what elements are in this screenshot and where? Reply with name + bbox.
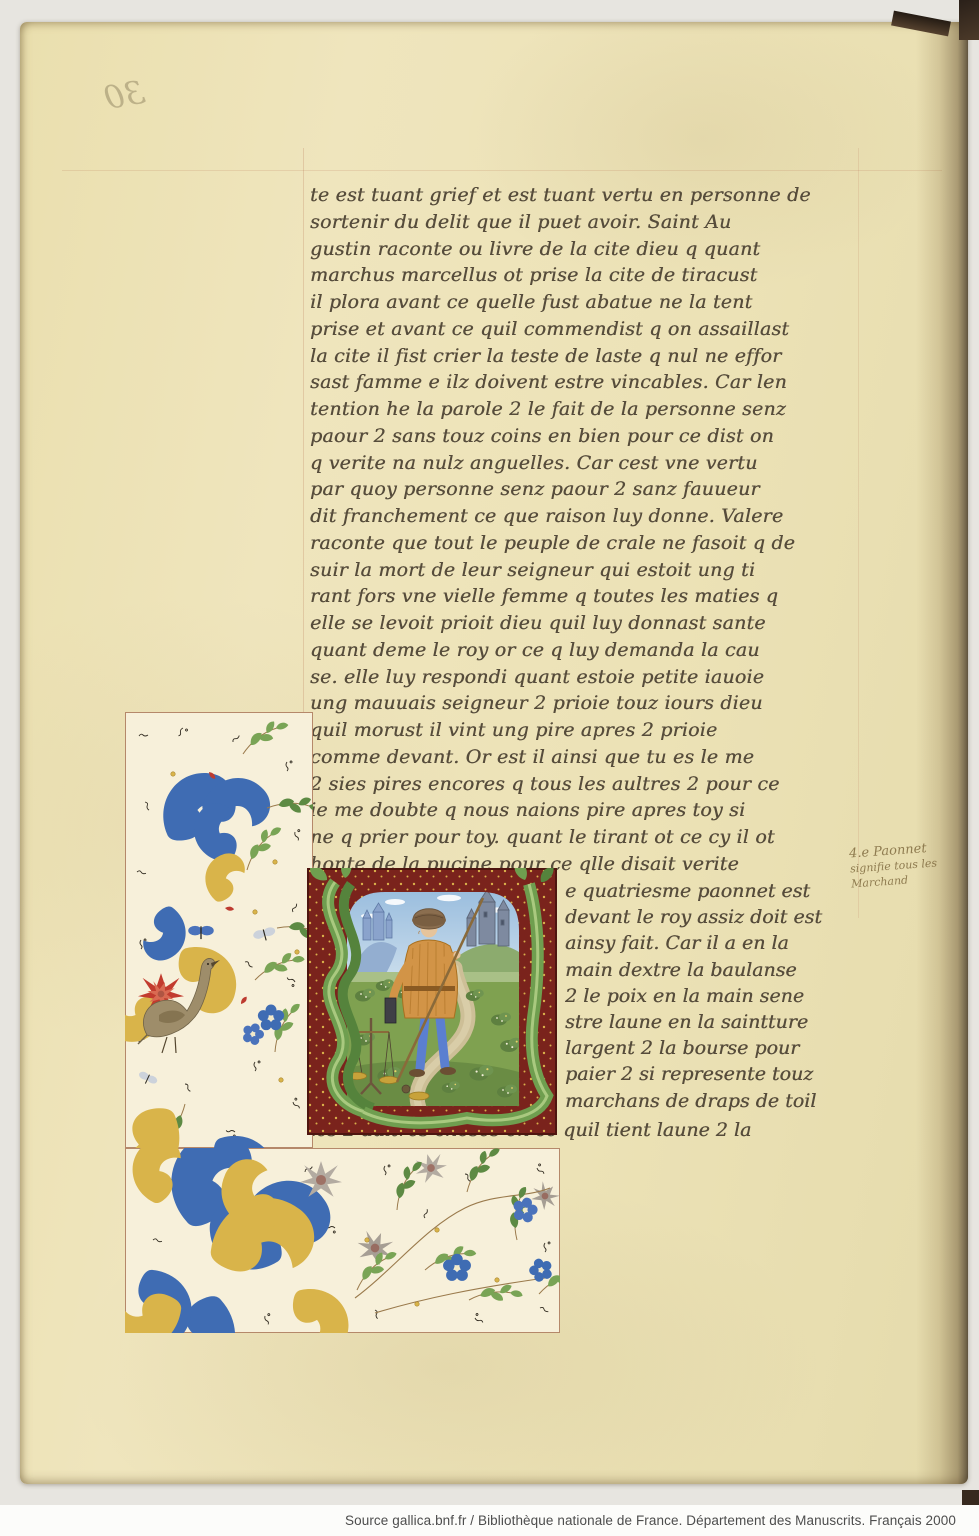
manuscript-line: tention he la parole 2 le fait de la per… bbox=[310, 396, 870, 423]
manuscript-line: il plora avant ce quelle fust abatue ne … bbox=[310, 289, 870, 316]
manuscript-line: quant deme le roy or ce q luy demanda la… bbox=[310, 637, 870, 664]
manuscript-line: paier 2 si represente touz bbox=[565, 1061, 887, 1087]
manuscript-text-right-column: e quatriesme paonnet estdevant le roy as… bbox=[565, 878, 887, 1114]
manuscript-line: la cite il fist crier la teste de laste … bbox=[310, 343, 870, 370]
floral-border-left-art bbox=[125, 712, 313, 1148]
manuscript-line: elle se levoit prioit dieu quil luy donn… bbox=[310, 610, 870, 637]
ruling-line-horizontal-top bbox=[62, 170, 942, 171]
source-attribution-text: Source gallica.bnf.fr / Bibliothèque nat… bbox=[345, 1513, 956, 1528]
manuscript-line: q verite na nulz anguelles. Car cest vne… bbox=[310, 450, 870, 477]
manuscript-line: par quoy personne senz paour 2 sanz fauu… bbox=[310, 476, 870, 503]
manuscript-line: ung mauuais seigneur 2 prioie touz iours… bbox=[310, 690, 870, 717]
manuscript-line: main dextre la baulanse bbox=[565, 957, 887, 983]
miniature-scene bbox=[347, 890, 522, 1108]
gallica-source-bar: Source gallica.bnf.fr / Bibliothèque nat… bbox=[0, 1505, 979, 1536]
manuscript-line: comme devant. Or est il ainsi que tu es … bbox=[310, 744, 870, 771]
manuscript-line: ainsy fait. Car il a en la bbox=[565, 930, 887, 956]
page-gutter-shadow bbox=[916, 22, 968, 1484]
manuscript-line: rant fors vne vielle femme q toutes les … bbox=[310, 583, 870, 610]
manuscript-line: marchus marcellus ot prise la cite de ti… bbox=[310, 262, 870, 289]
manuscript-line: te est tuant grief et est tuant vertu en… bbox=[310, 182, 870, 209]
manuscript-line: raconte que tout le peuple de crale ne f… bbox=[310, 530, 870, 557]
manuscript-page: 30 te est tuant grief et est tuant vertu… bbox=[20, 22, 968, 1484]
bottom-border-illumination bbox=[125, 1148, 560, 1333]
manuscript-line: prise et avant ce quil commendist q on a… bbox=[310, 316, 870, 343]
manuscript-line: 2 le poix en la main sene bbox=[565, 983, 887, 1009]
manuscript-line: 2 sies pires encores q tous les aultres … bbox=[310, 771, 870, 798]
floral-border-bottom-art bbox=[125, 1148, 560, 1333]
manuscript-line: se. elle luy respondi quant estoie petit… bbox=[310, 664, 870, 691]
manuscript-line: sortenir du delit que il puet avoir. Sai… bbox=[310, 209, 870, 236]
manuscript-line: suir la mort de leur seigneur qui estoit… bbox=[310, 557, 870, 584]
manuscript-line: quil morust il vint ung pire apres 2 pri… bbox=[310, 717, 870, 744]
manuscript-line: sast famme e ilz doivent estre vincables… bbox=[310, 369, 870, 396]
folio-number-showthrough: 30 bbox=[101, 73, 148, 117]
manuscript-line: ne q prier pour toy. quant le tirant ot … bbox=[310, 824, 870, 851]
binding-corner-top-right bbox=[959, 0, 979, 40]
manuscript-line: stre laune en la saintture bbox=[565, 1009, 887, 1035]
left-border-illumination bbox=[125, 712, 313, 1148]
manuscript-line: dit franchement ce que raison luy donne.… bbox=[310, 503, 870, 530]
manuscript-line: ie me doubte q nous naions pire apres to… bbox=[310, 797, 870, 824]
manuscript-line: marchans de draps de toil bbox=[565, 1088, 887, 1114]
manuscript-line: e quatriesme paonnet est bbox=[565, 878, 887, 904]
manuscript-text-block: te est tuant grief et est tuant vertu en… bbox=[310, 182, 870, 878]
miniature-art bbox=[307, 868, 557, 1135]
manuscript-line: devant le roy assiz doit est bbox=[565, 904, 887, 930]
gallica-image-viewer: { "footer": { "source_line": "Source gal… bbox=[0, 0, 979, 1536]
manuscript-line: paour 2 sans touz coins en bien pour ce … bbox=[310, 423, 870, 450]
miniature-merchant-with-scales bbox=[307, 868, 557, 1135]
manuscript-line: largent 2 la bourse pour bbox=[565, 1035, 887, 1061]
manuscript-line: gustin raconte ou livre de la cite dieu … bbox=[310, 236, 870, 263]
